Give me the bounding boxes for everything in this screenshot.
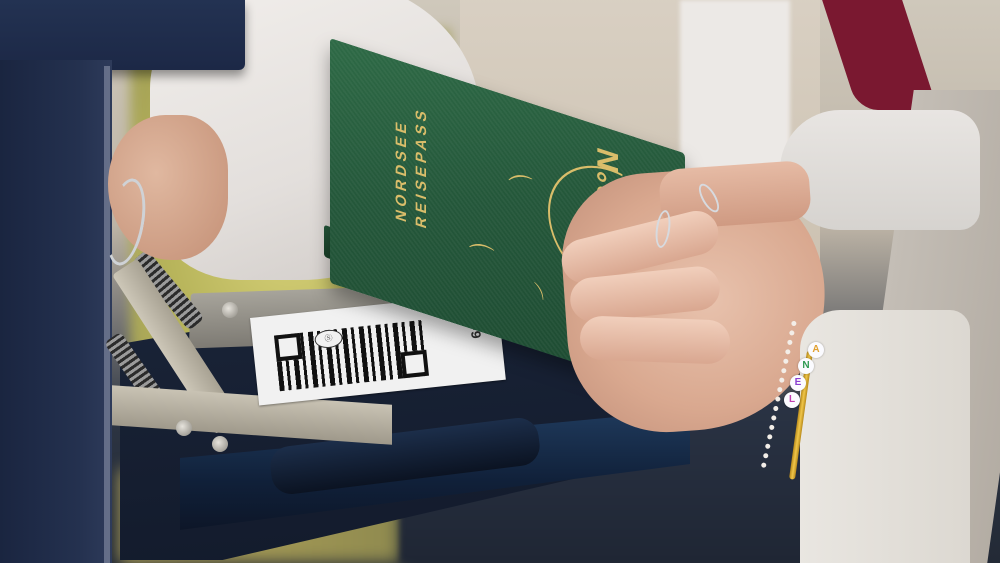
bolt-icon <box>176 420 192 436</box>
letter-bead: L <box>784 392 800 408</box>
photo-scene: Ⓢ #9 NORDSEE REISEPASS 53°N ⌒ ⌒ ⌒ L E N … <box>0 0 1000 563</box>
name-bracelet: L E N A <box>778 320 818 470</box>
passport-title: NORDSEE REISEPASS <box>392 18 432 231</box>
letter-bead: E <box>790 375 806 391</box>
white-shirt <box>680 0 790 170</box>
sleeve-cuff-upper <box>780 110 980 230</box>
passport-title-line2: REISEPASS <box>412 25 432 231</box>
letter-bead: A <box>808 342 824 358</box>
sleeve-cuff-right <box>800 310 970 563</box>
qr-code[interactable] <box>274 320 429 391</box>
stamp-box-side <box>0 60 112 563</box>
bolt-icon <box>222 302 238 318</box>
finger <box>579 315 730 364</box>
passport-title-line1: NORDSEE <box>392 18 412 224</box>
letter-bead: N <box>798 358 814 374</box>
bolt-icon <box>212 436 228 452</box>
stamp-box-edge <box>104 66 110 563</box>
